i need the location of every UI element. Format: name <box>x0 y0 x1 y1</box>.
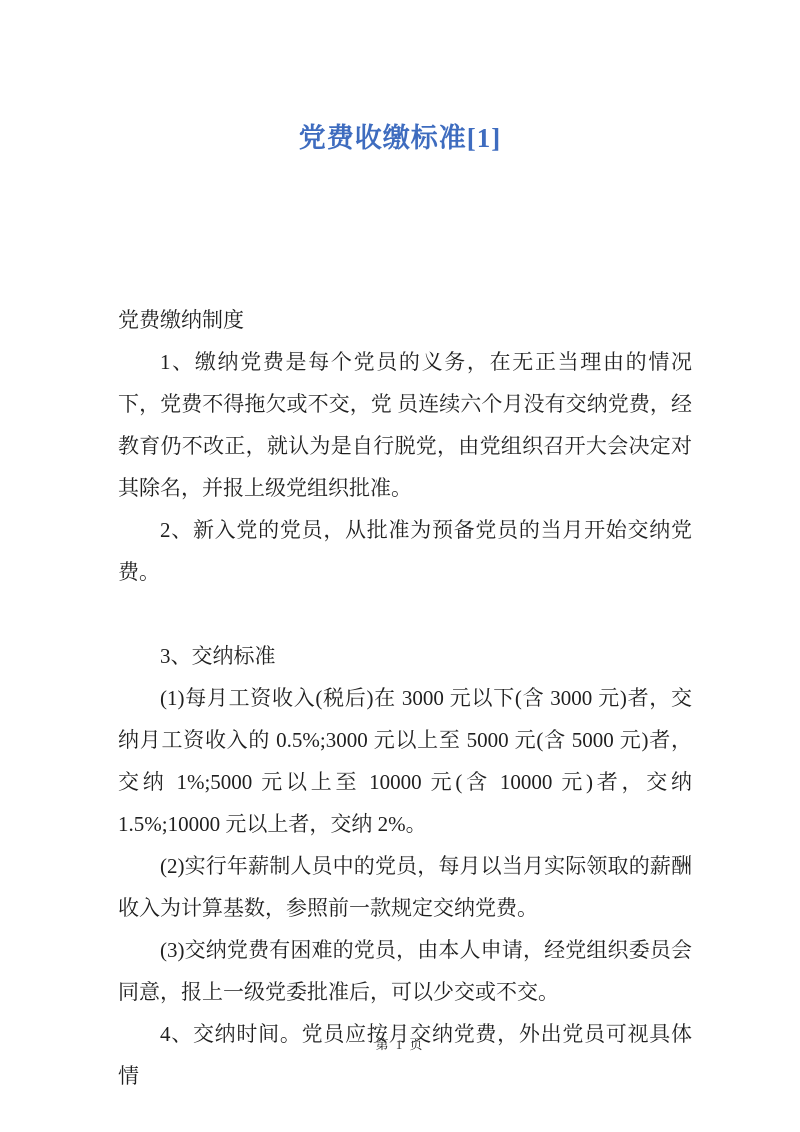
document-page: 党费收缴标准[1] 党费缴纳制度 1、缴纳党费是每个党员的义务，在无正当理由的情… <box>0 0 800 1132</box>
page-title: 党费收缴标准[1] <box>0 116 800 155</box>
paragraph: (2)实行年薪制人员中的党员，每月以当月实际领取的薪酬收入为计算基数，参照前一款… <box>118 845 692 929</box>
document-heading: 党费缴纳制度 <box>118 299 692 341</box>
paragraph: (3)交纳党费有困难的党员，由本人申请，经党组织委员会同意，报上一级党委批准后，… <box>118 929 692 1013</box>
paragraph: 1、缴纳党费是每个党员的义务，在无正当理由的情况下，党费不得拖欠或不交，党 员连… <box>118 341 692 509</box>
page-number: 第 1 页 <box>0 1034 800 1053</box>
paragraph: 3、交纳标准 <box>118 635 692 677</box>
document-body: 党费缴纳制度 1、缴纳党费是每个党员的义务，在无正当理由的情况下，党费不得拖欠或… <box>118 299 692 1097</box>
paragraph: (1)每月工资收入(税后)在 3000 元以下(含 3000 元)者，交纳月工资… <box>118 677 692 845</box>
paragraph: 4、交纳时间。党员应按月交纳党费，外出党员可视具体情 <box>118 1013 692 1097</box>
paragraph: 2、新入党的党员，从批准为预备党员的当月开始交纳党费。 <box>118 509 692 593</box>
paragraph-spacer <box>118 593 692 635</box>
